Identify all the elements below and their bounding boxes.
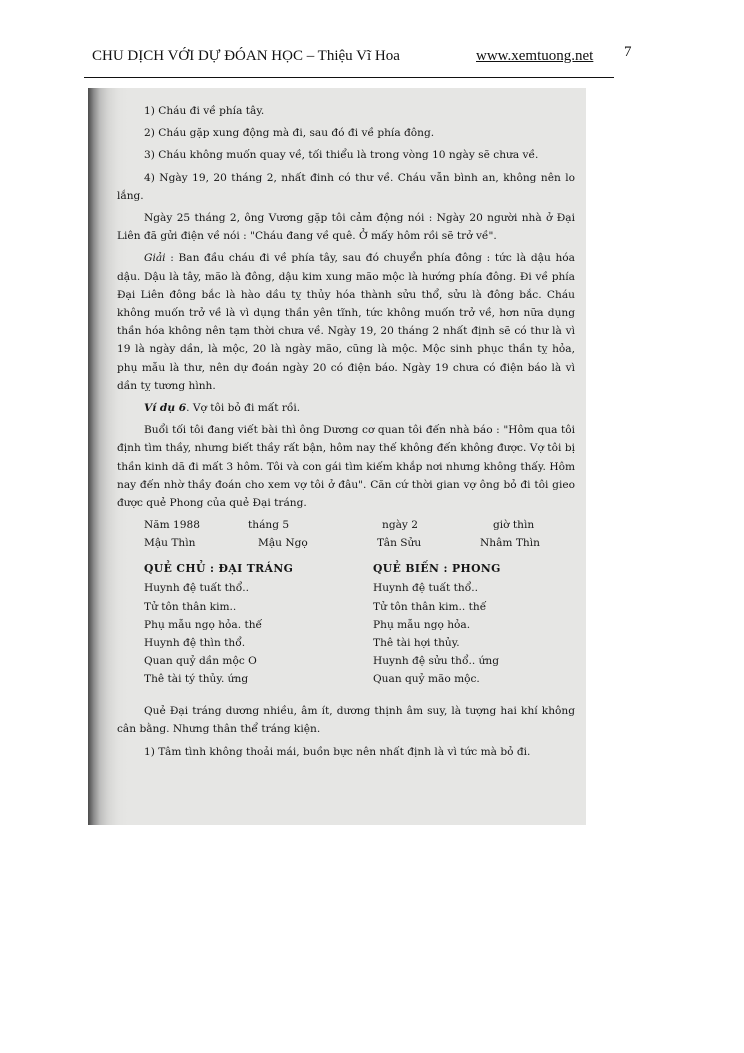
time-table: Năm 1988 tháng 5 ngày 2 giờ thìn Mậu Thì… (117, 516, 575, 554)
day-stem: Tân Sửu (377, 534, 421, 552)
hexagram-line: Huynh đệ sửu thổ.. ứng (373, 652, 501, 670)
page-body: 1) Cháu đi về phía tây. 2) Cháu gặp xung… (117, 88, 575, 761)
list-item: 3) Cháu không muốn quay về, tối thiểu là… (117, 146, 575, 164)
hour-stem: Nhâm Thìn (480, 534, 540, 552)
hexagram-table: QUẺ CHỦ : ĐẠI TRÁNG Huynh đệ tuất thổ.. … (117, 560, 575, 698)
hexagram-line: Tử tôn thân kim.. thế (373, 598, 501, 616)
solution-text: : Ban đầu cháu đi về phía tây, sau đó ch… (117, 252, 575, 391)
page-header: CHU DỊCH VỚI DỰ ĐÓAN HỌC – Thiệu Vĩ Hoa … (92, 46, 612, 70)
month-stem: Mậu Ngọ (258, 534, 308, 552)
example-label: Ví dụ 6 (144, 402, 186, 414)
main-hexagram: QUẺ CHỦ : ĐẠI TRÁNG Huynh đệ tuất thổ.. … (144, 560, 293, 688)
report-paragraph: Ngày 25 tháng 2, ông Vương gặp tôi cảm đ… (117, 209, 575, 245)
hexagram-line: Huynh đệ tuất thổ.. (373, 579, 501, 597)
month-label: tháng 5 (248, 516, 289, 534)
page-number: 7 (624, 44, 632, 61)
header-divider (84, 77, 614, 78)
year-stem: Mậu Thìn (144, 534, 195, 552)
book-title: CHU DỊCH VỚI DỰ ĐÓAN HỌC – Thiệu Vĩ Hoa (92, 48, 400, 65)
scanned-page: 1) Cháu đi về phía tây. 2) Cháu gặp xung… (88, 88, 586, 825)
hexagram-line: Quan quỷ dần mộc O (144, 652, 293, 670)
list-item: 4) Ngày 19, 20 tháng 2, nhất đinh có thư… (117, 169, 575, 205)
solution-label: Giải (144, 252, 166, 264)
list-item: 1) Cháu đi về phía tây. (117, 102, 575, 120)
changed-hexagram: QUẺ BIẾN : PHONG Huynh đệ tuất thổ.. Tử … (373, 560, 501, 688)
hexagram-line: Huynh đệ thìn thổ. (144, 634, 293, 652)
day-label: ngày 2 (382, 516, 418, 534)
changed-hexagram-title: QUẺ BIẾN : PHONG (373, 560, 501, 578)
main-hexagram-title: QUẺ CHỦ : ĐẠI TRÁNG (144, 560, 293, 578)
hexagram-line: Quan quỷ mão mộc. (373, 670, 501, 688)
hexagram-line: Tử tôn thân kim.. (144, 598, 293, 616)
list-item: 2) Cháu gặp xung động mà đi, sau đó đi v… (117, 124, 575, 142)
hexagram-line: Thê tài hợi thủy. (373, 634, 501, 652)
year-label: Năm 1988 (144, 516, 200, 534)
hour-label: giờ thìn (493, 516, 534, 534)
website-link[interactable]: www.xemtuong.net (476, 48, 593, 65)
hexagram-line: Huynh đệ tuất thổ.. (144, 579, 293, 597)
example-heading: Ví dụ 6. Vợ tôi bỏ đi mất rồi. (117, 399, 575, 417)
hexagram-line: Phụ mẫu ngọ hỏa. thế (144, 616, 293, 634)
hexagram-line: Phụ mẫu ngọ hỏa. (373, 616, 501, 634)
hexagram-line: Thê tài tý thủy. ứng (144, 670, 293, 688)
example-title: . Vợ tôi bỏ đi mất rồi. (186, 402, 300, 414)
point-paragraph: 1) Tâm tình không thoải mái, buồn bực nê… (117, 743, 575, 761)
story-paragraph: Buổi tối tôi đang viết bài thì ông Dương… (117, 421, 575, 512)
solution-paragraph: Giải : Ban đầu cháu đi về phía tây, sau … (117, 249, 575, 395)
analysis-paragraph: Quẻ Đại tráng dương nhiều, âm ít, dương … (117, 702, 575, 738)
